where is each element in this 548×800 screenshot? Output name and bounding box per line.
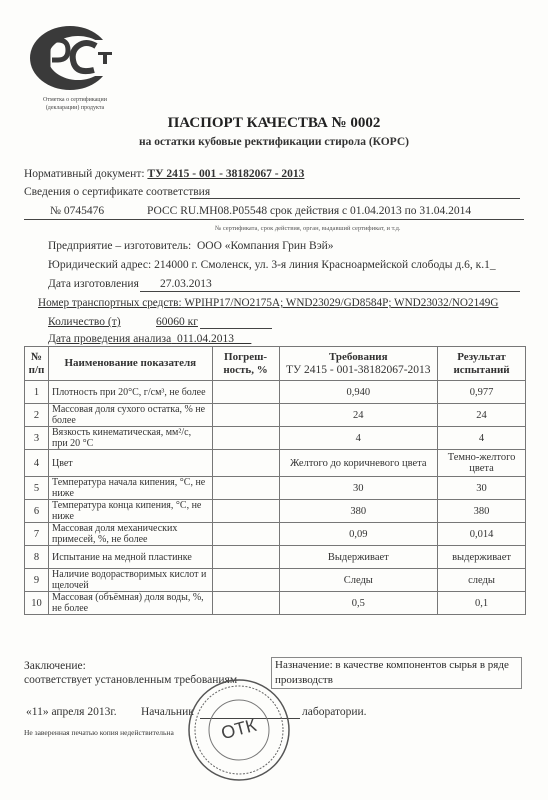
row-name: Температура конца кипения, °С, не ниже [48,500,212,523]
row-name: Массовая (объёмная) доля воды, %, не бол… [48,592,212,615]
row-requirement: Желтого до коричневого цвета [279,450,438,477]
row-result: 4 [438,427,526,450]
row-error [212,381,279,404]
row-requirement: 0,09 [279,523,438,546]
header-name: Наименование показателя [48,347,212,381]
row-name: Плотность при 20°С, г/см³, не более [48,381,212,404]
quantity-label: Количество (т) [48,316,121,328]
logo-caption: Отметка о сертификации (декларации) прод… [30,96,120,112]
row-name: Массовая доля сухого остатка, % не более [48,404,212,427]
row-num: 3 [25,427,49,450]
row-num: 5 [25,477,49,500]
row-name: Наличие водорастворимых кислот и щелочей [48,569,212,592]
row-requirement: 0,5 [279,592,438,615]
normative-value: ТУ 2415 - 001 - 38182067 - 2013 [147,168,304,180]
table-row: 6Температура конца кипения, °С, не ниже3… [25,500,526,523]
row-result: 0,1 [438,592,526,615]
row-requirement: 30 [279,477,438,500]
row-num: 2 [25,404,49,427]
row-requirement: 380 [279,500,438,523]
row-result: 30 [438,477,526,500]
vehicles-value: WPIHP17/NO2175A; WND23029/GD8584P; WND23… [184,297,498,309]
row-error [212,569,279,592]
row-result: 380 [438,500,526,523]
row-result: 0,014 [438,523,526,546]
table-row: 5Температура начала кипения, °С, не ниже… [25,477,526,500]
quality-table: № п/п Наименование показателя Погреш-нос… [24,346,526,615]
purpose-box: Назначение: в качестве компонентов сырья… [271,657,522,689]
mfg-date-value: 27.03.2013 [160,278,212,290]
cert-number: № 0745476 [50,205,104,217]
row-requirement: 4 [279,427,438,450]
document-subtitle: на остатки кубовые ректификации стирола … [0,136,548,148]
mfg-date-label: Дата изготовления [48,278,139,290]
row-requirement: 0,940 [279,381,438,404]
document-title: ПАСПОРТ КАЧЕСТВА № 0002 [0,115,548,132]
rst-logo-icon [28,22,128,92]
cert-caption: № сертификата, срок действия, орган, выд… [215,225,401,232]
row-name: Цвет [48,450,212,477]
table-row: 1Плотность при 20°С, г/см³, не более0,94… [25,381,526,404]
row-error [212,404,279,427]
row-error [212,427,279,450]
header-requirement: Требования ТУ 2415 - 001-38182067-2013 [279,347,438,381]
row-error [212,477,279,500]
vehicles: Номер транспортных средств: WPIHP17/NO21… [38,297,498,309]
row-error [212,450,279,477]
analysis-date: Дата проведения анализа 011.04.2013___ [48,333,251,345]
conclusion-label: Заключение: [24,660,86,672]
legal-address: Юридический адрес: 214000 г. Смоленск, у… [48,259,496,271]
normative-document: Нормативный документ: ТУ 2415 - 001 - 38… [24,168,304,180]
analysis-date-value: 011.04.2013___ [177,333,251,345]
table-header-row: № п/п Наименование показателя Погреш-нос… [25,347,526,381]
table-row: 3Вязкость кинематическая, мм²/с, при 20 … [25,427,526,450]
manufacturer: Предприятие – изготовитель: ООО «Компани… [48,240,334,252]
row-num: 6 [25,500,49,523]
row-name: Вязкость кинематическая, мм²/с, при 20 °… [48,427,212,450]
row-name: Массовая доля механических примесей, %, … [48,523,212,546]
row-result: выдерживает [438,546,526,569]
header-result: Результат испытаний [438,347,526,381]
signature-date: «11» апреля 2013г. [26,706,117,718]
table-row: 4ЦветЖелтого до коричневого цветаТемно-ж… [25,450,526,477]
row-error [212,523,279,546]
manufacturer-value: ООО «Компания Грин Вэй» [197,240,334,252]
company-seal-icon: ОТК [184,675,294,785]
cert-details: РОСС RU.МН08.Р05548 срок действия с 01.0… [147,205,471,217]
row-num: 9 [25,569,49,592]
row-result: Темно-желтого цвета [438,450,526,477]
row-num: 1 [25,381,49,404]
row-requirement: 24 [279,404,438,427]
row-num: 7 [25,523,49,546]
table-row: 9Наличие водорастворимых кислот и щелоче… [25,569,526,592]
row-num: 8 [25,546,49,569]
row-error [212,592,279,615]
row-num: 4 [25,450,49,477]
table-row: 8Испытание на медной пластинкеВыдерживае… [25,546,526,569]
row-requirement: Следы [279,569,438,592]
cert-label: Сведения о сертификате соответствия [24,186,210,198]
disclaimer: Не заверенная печатью копия недействител… [24,728,174,737]
address-value: 214000 г. Смоленск, ул. 3-я линия Красно… [154,259,496,271]
row-error [212,546,279,569]
header-num: № п/п [25,347,49,381]
quantity-value: 60060 кг [156,316,198,328]
row-result: следы [438,569,526,592]
table-row: 7Массовая доля механических примесей, %,… [25,523,526,546]
signature-suffix: лаборатории. [302,706,367,718]
row-requirement: Выдерживает [279,546,438,569]
header-error: Погреш-ность, % [212,347,279,381]
row-num: 10 [25,592,49,615]
table-row: 10Массовая (объёмная) доля воды, %, не б… [25,592,526,615]
table-row: 2Массовая доля сухого остатка, % не боле… [25,404,526,427]
row-error [212,500,279,523]
row-name: Температура начала кипения, °С, не ниже [48,477,212,500]
row-name: Испытание на медной пластинке [48,546,212,569]
row-result: 0,977 [438,381,526,404]
stamp-text: ОТК [219,715,259,744]
row-result: 24 [438,404,526,427]
